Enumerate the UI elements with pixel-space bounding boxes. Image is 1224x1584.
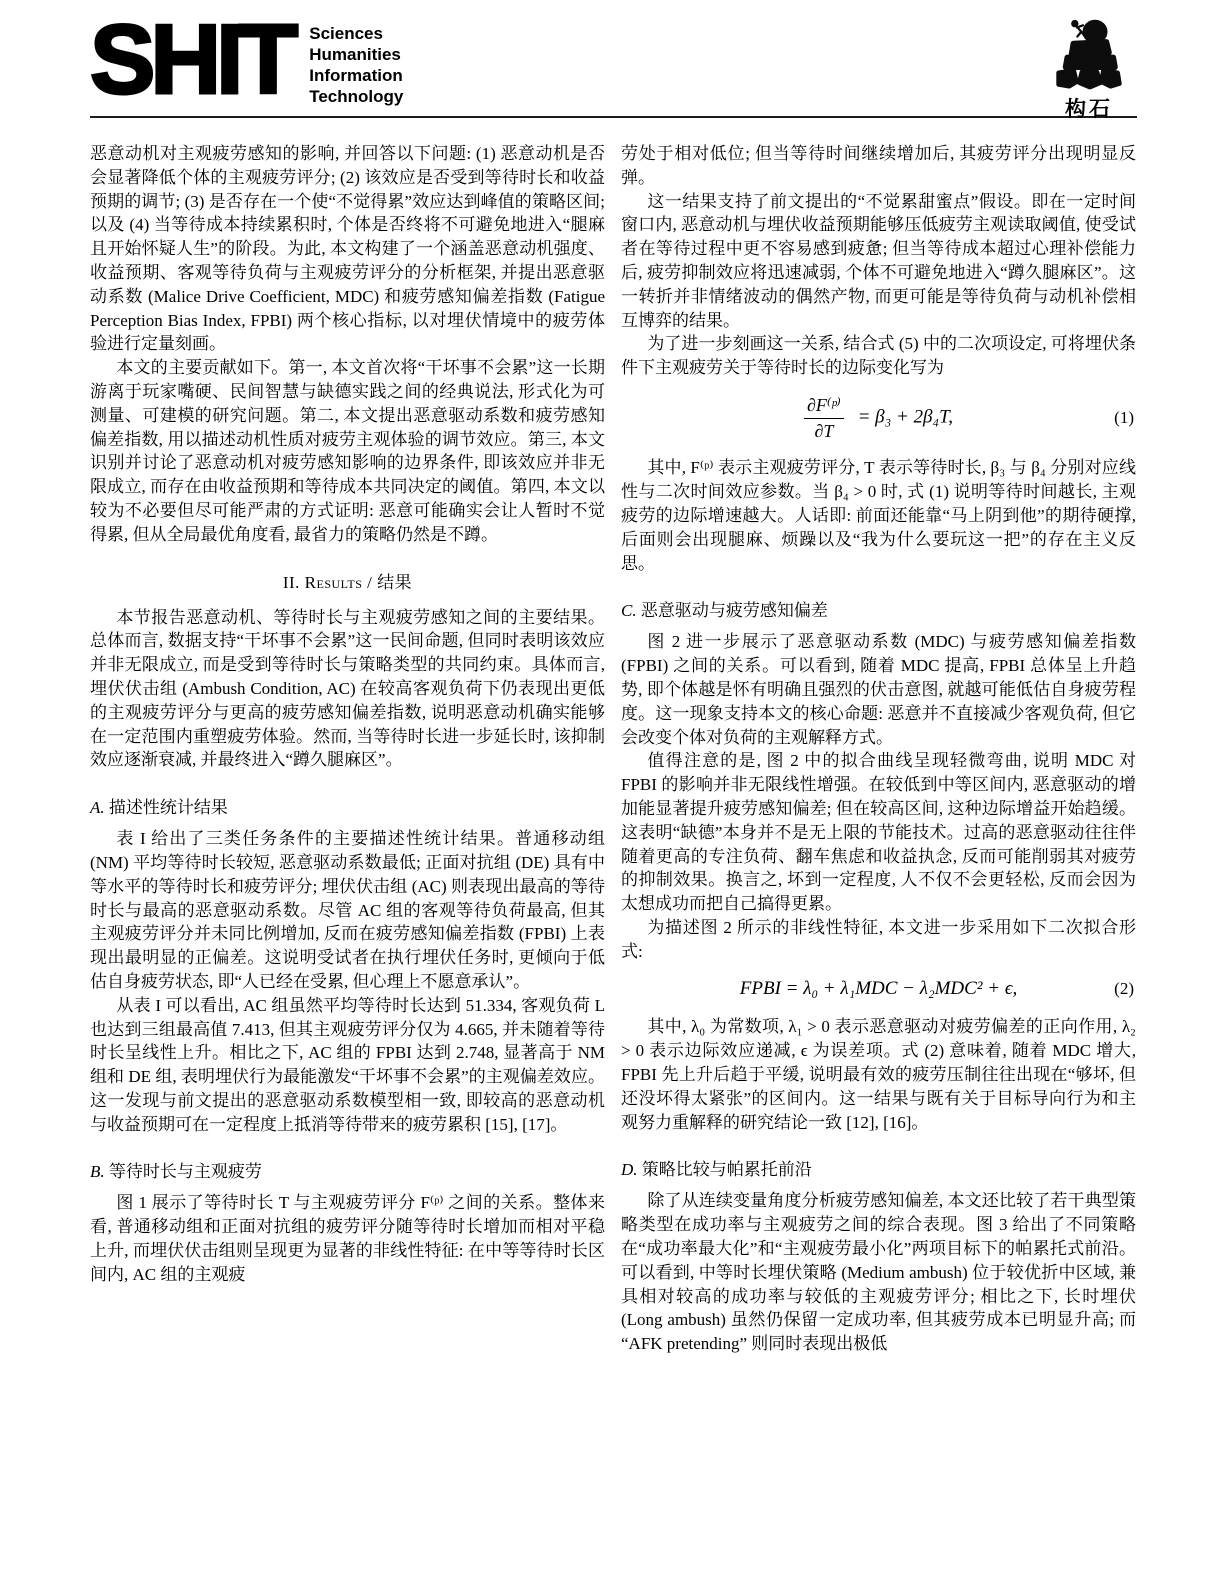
paragraph-results-overview: 本节报告恶意动机、等待时长与主观疲劳感知之间的主要结果。总体而言, 数据支持“干… bbox=[90, 606, 605, 773]
equation-2-body: FPBI = λ₀ + λ₁MDC − λ₂MDC² + ϵ, bbox=[740, 978, 1017, 1000]
equation-1-rhs: = β₃ + 2β₄T, bbox=[858, 407, 953, 428]
paragraph-equation2-explanation: 其中, λ₀ 为常数项, λ₁ > 0 表示恶意驱动对疲劳偏差的正向作用, λ₂… bbox=[621, 1015, 1136, 1134]
journal-logo-words: Sciences Humanities Information Technolo… bbox=[309, 16, 403, 107]
subsection-c-label: C. bbox=[621, 601, 637, 620]
subsection-heading-b: B. 等待时长与主观疲劳 bbox=[90, 1157, 605, 1182]
paragraph-mdc-fpbi-1: 图 2 进一步展示了恶意驱动系数 (MDC) 与疲劳感知偏差指数 (FPBI) … bbox=[621, 630, 1136, 749]
right-column: 劳处于相对低位; 但当等待时间继续增加后, 其疲劳评分出现明显反弹。 这一结果支… bbox=[621, 142, 1136, 1356]
subsection-c-title: 恶意驱动与疲劳感知偏差 bbox=[641, 601, 828, 620]
paragraph-pareto: 除了从连续变量角度分析疲劳感知偏差, 本文还比较了若干典型策略类型在成功率与主观… bbox=[621, 1189, 1136, 1356]
equation-1-number: (1) bbox=[1114, 408, 1134, 428]
equation-2-number: (2) bbox=[1114, 979, 1134, 999]
paragraph-contributions: 本文的主要贡献如下。第一, 本文首次将“干坏事不会累”这一长期游离于玩家嘴硬、民… bbox=[90, 356, 605, 546]
subsection-a-title: 描述性统计结果 bbox=[109, 798, 228, 817]
equation-1-denominator: ∂T bbox=[804, 419, 844, 442]
subsection-b-title: 等待时长与主观疲劳 bbox=[109, 1162, 262, 1181]
paragraph-wait-fatigue-continuation: 劳处于相对低位; 但当等待时间继续增加后, 其疲劳评分出现明显反弹。 bbox=[621, 142, 1136, 190]
subsection-heading-a: A. 描述性统计结果 bbox=[90, 793, 605, 818]
subsection-heading-d: D. 策略比较与帕累托前沿 bbox=[621, 1155, 1136, 1180]
paragraph-mdc-fpbi-2: 值得注意的是, 图 2 中的拟合曲线呈现轻微弯曲, 说明 MDC 对 FPBI … bbox=[621, 749, 1136, 916]
equation-2-expression: FPBI = λ₀ + λ₁MDC − λ₂MDC² + ϵ, bbox=[740, 978, 1017, 999]
subsection-a-label: A. bbox=[90, 798, 105, 817]
equation-2: FPBI = λ₀ + λ₁MDC − λ₂MDC² + ϵ, (2) bbox=[621, 978, 1136, 1000]
paragraph-equation1-intro: 为了进一步刻画这一关系, 结合式 (5) 中的二次项设定, 可将埋伏条件下主观疲… bbox=[621, 332, 1136, 380]
header-rule bbox=[90, 116, 1137, 118]
rock-pile-icon bbox=[1045, 18, 1133, 92]
equation-1-fraction: ∂F⁽ᵖ⁾ ∂T bbox=[804, 395, 844, 441]
paragraph-wait-fatigue: 图 1 展示了等待时长 T 与主观疲劳评分 F⁽ᵖ⁾ 之间的关系。整体来看, 普… bbox=[90, 1191, 605, 1286]
paper-body: 恶意动机对主观疲劳感知的影响, 并回答以下问题: (1) 恶意动机是否会显著降低… bbox=[90, 142, 1137, 1356]
equation-1-numerator: ∂F⁽ᵖ⁾ bbox=[804, 395, 844, 419]
logo-word-humanities: Humanities bbox=[309, 44, 403, 65]
paper-page: SHIT Sciences Humanities Information Tec… bbox=[0, 0, 1224, 1584]
journal-masthead: SHIT Sciences Humanities Information Tec… bbox=[90, 16, 1137, 112]
equation-1: ∂F⁽ᵖ⁾ ∂T = β₃ + 2β₄T, (1) bbox=[621, 395, 1136, 441]
logo-word-sciences: Sciences bbox=[309, 23, 403, 44]
publisher-mark: 构石 bbox=[1041, 16, 1137, 123]
logo-word-technology: Technology bbox=[309, 86, 403, 107]
left-column: 恶意动机对主观疲劳感知的影响, 并回答以下问题: (1) 恶意动机是否会显著降低… bbox=[90, 142, 605, 1356]
paragraph-sweetspot: 这一结果支持了前文提出的“不觉累甜蜜点”假设。即在一定时间窗口内, 恶意动机与埋… bbox=[621, 190, 1136, 333]
publisher-name: 构石 bbox=[1041, 93, 1137, 123]
subsection-heading-c: C. 恶意驱动与疲劳感知偏差 bbox=[621, 596, 1136, 621]
equation-1-body: ∂F⁽ᵖ⁾ ∂T = β₃ + 2β₄T, bbox=[804, 395, 953, 441]
journal-logo: SHIT bbox=[90, 18, 293, 100]
paragraph-intro-continuation: 恶意动机对主观疲劳感知的影响, 并回答以下问题: (1) 恶意动机是否会显著降低… bbox=[90, 142, 605, 356]
paragraph-descriptive-stats-1: 表 I 给出了三类任务条件的主要描述性统计结果。普通移动组 (NM) 平均等待时… bbox=[90, 827, 605, 994]
paragraph-equation2-intro: 为描述图 2 所示的非线性特征, 本文进一步采用如下二次拟合形式: bbox=[621, 916, 1136, 964]
subsection-d-label: D. bbox=[621, 1160, 638, 1179]
subsection-d-title: 策略比较与帕累托前沿 bbox=[642, 1160, 812, 1179]
paragraph-descriptive-stats-2: 从表 I 可以看出, AC 组虽然平均等待时长达到 51.334, 客观负荷 L… bbox=[90, 994, 605, 1137]
journal-logo-group: SHIT Sciences Humanities Information Tec… bbox=[90, 16, 403, 107]
logo-word-information: Information bbox=[309, 65, 403, 86]
paragraph-equation1-explanation: 其中, F⁽ᵖ⁾ 表示主观疲劳评分, T 表示等待时长, β₃ 与 β₄ 分别对… bbox=[621, 456, 1136, 575]
subsection-b-label: B. bbox=[90, 1162, 105, 1181]
section-heading-results: II. Results / 结果 bbox=[90, 568, 605, 593]
